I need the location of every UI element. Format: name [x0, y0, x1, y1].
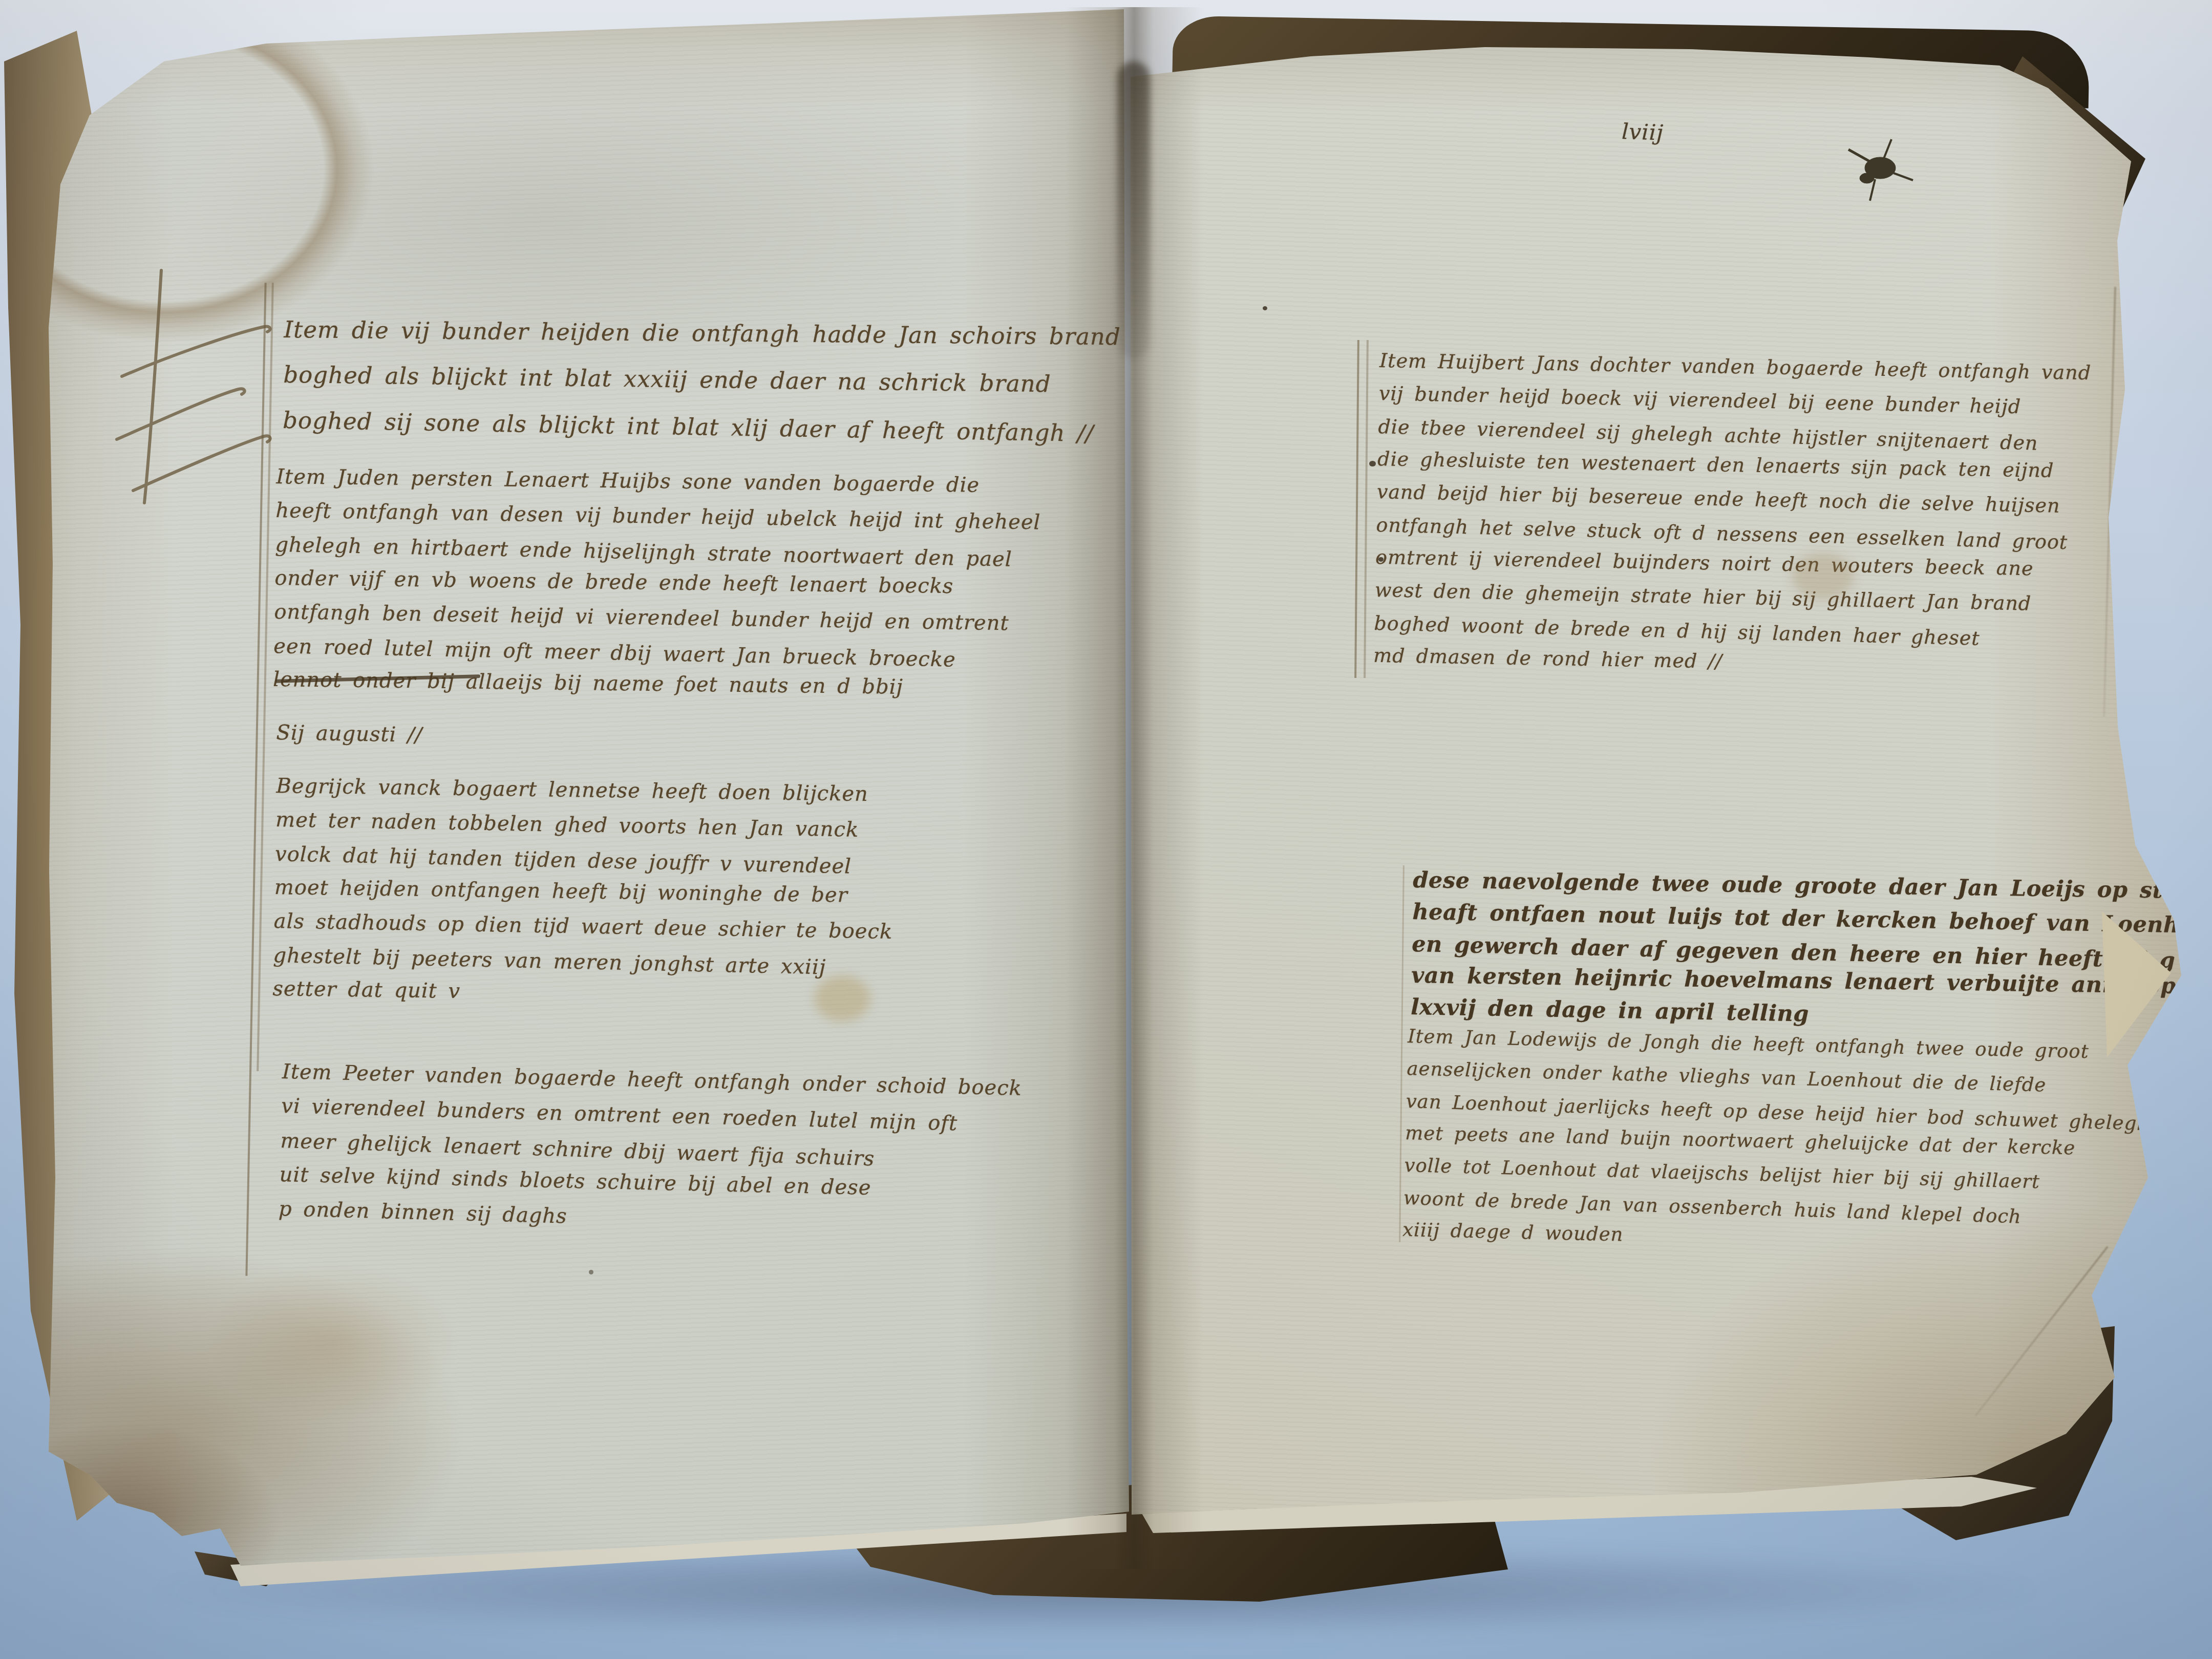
photo-vignette — [0, 0, 2212, 1659]
photo-backdrop: Item die vij bunder heijden die ontfangh… — [0, 0, 2212, 1659]
